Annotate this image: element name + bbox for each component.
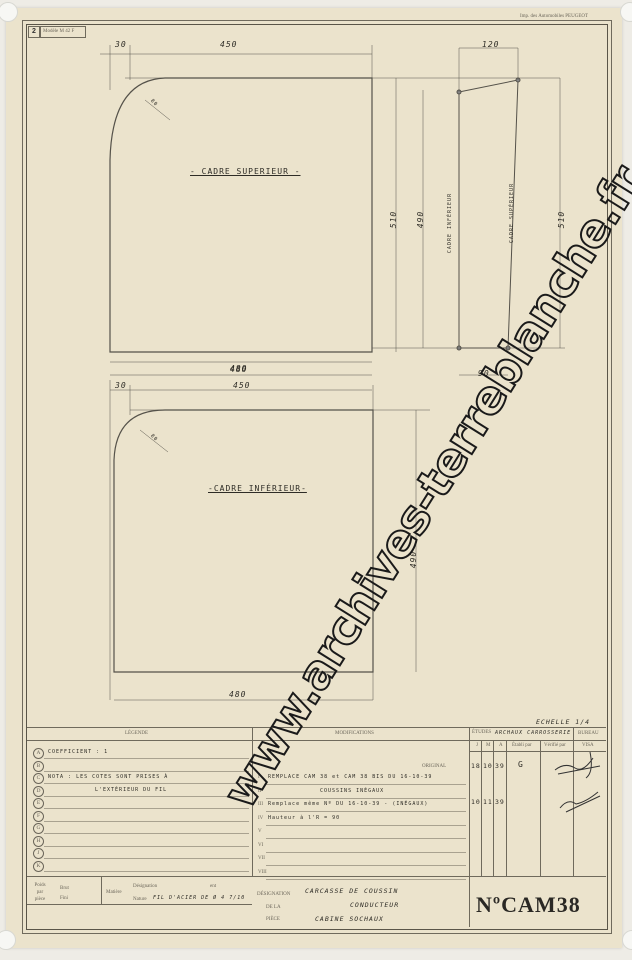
- designation-label-1: DÉSIGNATION: [257, 892, 290, 897]
- designation-suffix: ent: [210, 884, 216, 889]
- nature-label: Nature: [133, 897, 147, 902]
- signatures: [0, 0, 632, 960]
- weight-fini: Fini: [60, 896, 68, 901]
- weight-label: Poids par pièce: [32, 882, 48, 903]
- designation-label-3: PIÈCE: [266, 917, 280, 922]
- designation-line-2: CONDUCTEUR: [350, 901, 399, 909]
- divider: [101, 876, 102, 904]
- nature-value: FIL D'ACIER DE Ø 4 7/10: [153, 895, 245, 901]
- matiere-label: Matière: [106, 890, 122, 895]
- weight-brut: Brut: [60, 886, 69, 891]
- designation-label: Désignation: [133, 884, 157, 889]
- designation-line-1: CARCASSE DE COUSSIN: [305, 887, 398, 895]
- part-number: NºCAM38: [476, 892, 581, 918]
- designation-label-2: DE LA: [266, 905, 281, 910]
- designation-line-3: CABINE SOCHAUX: [315, 915, 384, 923]
